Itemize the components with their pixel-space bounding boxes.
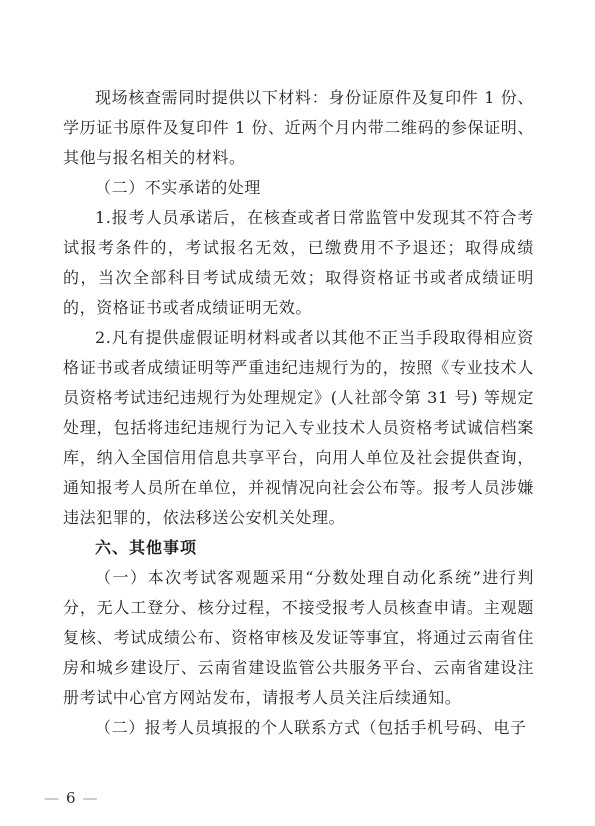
section-heading-other-matters: 六、其他事项: [63, 533, 534, 563]
document-body: 现场核查需同时提供以下材料：身份证原件及复印件 1 份、学历证书原件及复印件 1…: [63, 83, 534, 743]
paragraph-item-1-invalid-registration: 1.报考人员承诺后，在核查或者日常监管中发现其不符合考试报考条件的，考试报名无效…: [63, 203, 534, 323]
page-number: —6—: [44, 789, 98, 807]
subheading-false-promise-handling: （二）不实承诺的处理: [63, 173, 534, 203]
page-number-dash-left: —: [44, 789, 59, 807]
page-number-value: 6: [66, 789, 76, 807]
paragraph-item-1-score-processing: （一）本次考试客观题采用“分数处理自动化系统”进行判分，无人工登分、核分过程，不…: [63, 563, 534, 713]
document-page: 现场核查需同时提供以下材料：身份证原件及复印件 1 份、学历证书原件及复印件 1…: [0, 0, 595, 826]
paragraph-onsite-verification-materials: 现场核查需同时提供以下材料：身份证原件及复印件 1 份、学历证书原件及复印件 1…: [63, 83, 534, 173]
page-number-dash-right: —: [83, 789, 98, 807]
paragraph-item-2-contact-info: （二）报考人员填报的个人联系方式（包括手机号码、电子: [63, 713, 534, 743]
paragraph-item-2-violation-handling: 2.凡有提供虚假证明材料或者以其他不正当手段取得相应资格证书或者成绩证明等严重违…: [63, 323, 534, 533]
